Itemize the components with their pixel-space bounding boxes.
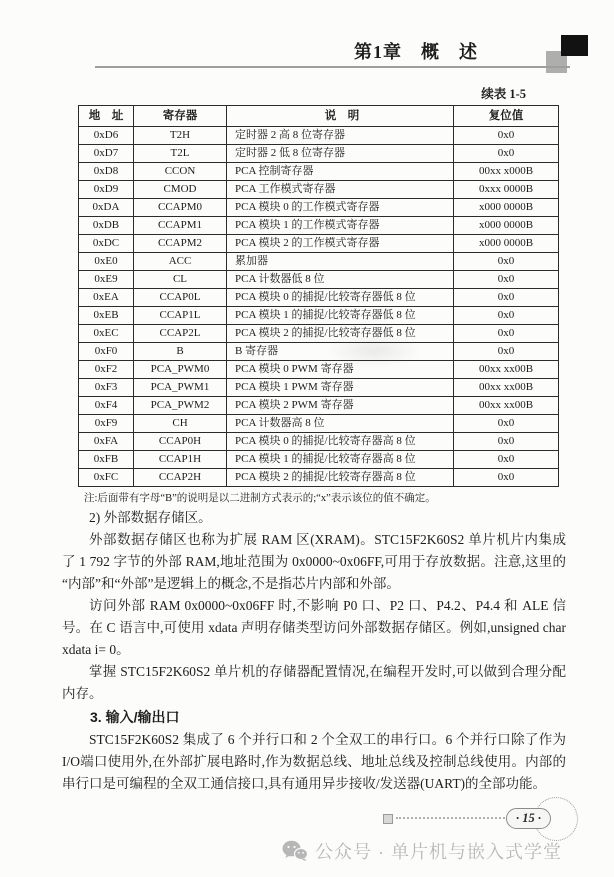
cell-reset-value: 0x0 <box>454 253 559 271</box>
cell-register: CCAPM1 <box>134 217 227 235</box>
cell-description: PCA 控制寄存器 <box>227 163 454 181</box>
cell-reset-value: 0x0 <box>454 145 559 163</box>
cell-address: 0xDB <box>79 217 134 235</box>
cell-register: CCAP1H <box>134 451 227 469</box>
register-table: 地 址 寄存器 说 明 复位值 0xD6T2H定时器 2 高 8 位寄存器0x0… <box>78 105 559 487</box>
cell-address: 0xD8 <box>79 163 134 181</box>
cell-register: ACC <box>134 253 227 271</box>
cell-register: CCAP2L <box>134 325 227 343</box>
cell-description: PCA 模块 2 的捕捉/比较寄存器高 8 位 <box>227 469 454 487</box>
table-row: 0xF4PCA_PWM2PCA 模块 2 PWM 寄存器00xx xx00B <box>79 397 559 415</box>
footer-square-icon <box>383 814 393 824</box>
cell-register: CCAP0H <box>134 433 227 451</box>
cell-description: PCA 模块 1 PWM 寄存器 <box>227 379 454 397</box>
cell-address: 0xF4 <box>79 397 134 415</box>
cell-reset-value: 00xx x000B <box>454 163 559 181</box>
cell-address: 0xEB <box>79 307 134 325</box>
table-row: 0xFACCAP0HPCA 模块 0 的捕捉/比较寄存器高 8 位0x0 <box>79 433 559 451</box>
cell-register: CH <box>134 415 227 433</box>
cell-register: CCAPM2 <box>134 235 227 253</box>
cell-address: 0xF2 <box>79 361 134 379</box>
table-row: 0xE0ACC累加器0x0 <box>79 253 559 271</box>
cell-address: 0xEC <box>79 325 134 343</box>
cell-address: 0xDC <box>79 235 134 253</box>
table-row: 0xF0BB 寄存器0x0 <box>79 343 559 361</box>
cell-reset-value: 00xx xx00B <box>454 379 559 397</box>
cell-reset-value: 0x0 <box>454 325 559 343</box>
header-rule <box>95 66 570 68</box>
cell-description: PCA 模块 2 的捕捉/比较寄存器低 8 位 <box>227 325 454 343</box>
cell-address: 0xEA <box>79 289 134 307</box>
cell-address: 0xFA <box>79 433 134 451</box>
cell-register: CCAP1L <box>134 307 227 325</box>
table-row: 0xEACCAP0LPCA 模块 0 的捕捉/比较寄存器低 8 位0x0 <box>79 289 559 307</box>
table-row: 0xF2PCA_PWM0PCA 模块 0 PWM 寄存器00xx xx00B <box>79 361 559 379</box>
cell-reset-value: 0x0 <box>454 307 559 325</box>
cell-address: 0xD6 <box>79 127 134 145</box>
cell-reset-value: x000 0000B <box>454 217 559 235</box>
table-row: 0xFBCCAP1HPCA 模块 1 的捕捉/比较寄存器高 8 位0x0 <box>79 451 559 469</box>
cell-register: B <box>134 343 227 361</box>
cell-description: B 寄存器 <box>227 343 454 361</box>
cell-description: PCA 模块 0 的捕捉/比较寄存器低 8 位 <box>227 289 454 307</box>
cell-register: CCON <box>134 163 227 181</box>
table-caption: 续表 1-5 <box>481 84 526 102</box>
cell-register: CCAP2H <box>134 469 227 487</box>
cell-reset-value: 0x0 <box>454 433 559 451</box>
page-number: · 15 · <box>506 808 551 829</box>
paragraph-xram-3: 掌握 STC15F2K60S2 单片机的存储器配置情况,在编程开发时,可以做到合… <box>62 661 566 705</box>
cell-address: 0xE0 <box>79 253 134 271</box>
table-row: 0xE9CLPCA 计数器低 8 位0x0 <box>79 271 559 289</box>
cell-description: PCA 模块 0 PWM 寄存器 <box>227 361 454 379</box>
cell-description: PCA 工作模式寄存器 <box>227 181 454 199</box>
cell-address: 0xF0 <box>79 343 134 361</box>
table-footnote: 注:后面带有字母“B”的说明是以二进制方式表示的;“x”表示该位的值不确定。 <box>84 490 574 505</box>
book-page: 第1章 概 述 续表 1-5 地 址 寄存器 说 明 复位值 0xD6T2H定时… <box>0 0 614 877</box>
table-row: 0xFCCCAP2HPCA 模块 2 的捕捉/比较寄存器高 8 位0x0 <box>79 469 559 487</box>
cell-reset-value: 0x0 <box>454 451 559 469</box>
table-row: 0xECCCAP2LPCA 模块 2 的捕捉/比较寄存器低 8 位0x0 <box>79 325 559 343</box>
cell-description: PCA 模块 1 的捕捉/比较寄存器低 8 位 <box>227 307 454 325</box>
cell-register: T2L <box>134 145 227 163</box>
cell-reset-value: 00xx xx00B <box>454 361 559 379</box>
table-row: 0xDCCCAPM2PCA 模块 2 的工作模式寄存器x000 0000B <box>79 235 559 253</box>
cell-register: T2H <box>134 127 227 145</box>
wechat-icon <box>282 840 308 862</box>
table-row: 0xD8CCONPCA 控制寄存器00xx x000B <box>79 163 559 181</box>
cell-address: 0xF3 <box>79 379 134 397</box>
cell-reset-value: 0x0 <box>454 289 559 307</box>
cell-description: PCA 模块 1 的工作模式寄存器 <box>227 217 454 235</box>
cell-description: PCA 计数器低 8 位 <box>227 271 454 289</box>
column-header-description: 说 明 <box>227 106 454 127</box>
watermark: 公众号 · 单片机与嵌入式学堂 <box>282 838 562 864</box>
cell-register: CMOD <box>134 181 227 199</box>
cell-address: 0xD7 <box>79 145 134 163</box>
cell-description: 定时器 2 高 8 位寄存器 <box>227 127 454 145</box>
cell-reset-value: 0x0 <box>454 271 559 289</box>
watermark-text: 公众号 · 单片机与嵌入式学堂 <box>315 838 562 864</box>
cell-reset-value: x000 0000B <box>454 235 559 253</box>
cell-register: CCAPM0 <box>134 199 227 217</box>
cell-address: 0xDA <box>79 199 134 217</box>
cell-reset-value: 0x0 <box>454 415 559 433</box>
table-row: 0xF9CHPCA 计数器高 8 位0x0 <box>79 415 559 433</box>
table-header-row: 地 址 寄存器 说 明 复位值 <box>79 106 559 127</box>
cell-address: 0xF9 <box>79 415 134 433</box>
section-heading-io: 3. 输入/输出口 <box>62 705 566 729</box>
cell-reset-value: 0x0 <box>454 469 559 487</box>
cell-register: CCAP0L <box>134 289 227 307</box>
footer-dotted-line <box>396 817 512 819</box>
cell-address: 0xD9 <box>79 181 134 199</box>
register-table-head: 地 址 寄存器 说 明 复位值 <box>79 106 559 127</box>
chapter-title: 第1章 概 述 <box>0 38 478 64</box>
chapter-corner-icon <box>546 35 588 75</box>
paragraph-xram-1: 外部数据存储区也称为扩展 RAM 区(XRAM)。STC15F2K60S2 单片… <box>62 529 566 595</box>
cell-address: 0xE9 <box>79 271 134 289</box>
cell-description: 累加器 <box>227 253 454 271</box>
cell-reset-value: 0x0 <box>454 127 559 145</box>
table-row: 0xF3PCA_PWM1PCA 模块 1 PWM 寄存器00xx xx00B <box>79 379 559 397</box>
cell-address: 0xFC <box>79 469 134 487</box>
cell-description: PCA 模块 2 的工作模式寄存器 <box>227 235 454 253</box>
body-text: 2) 外部数据存储区。 外部数据存储区也称为扩展 RAM 区(XRAM)。STC… <box>62 507 566 795</box>
paragraph-xram-2: 访问外部 RAM 0x0000~0x06FF 时,不影响 P0 口、P2 口、P… <box>62 595 566 661</box>
table-row: 0xEBCCAP1LPCA 模块 1 的捕捉/比较寄存器低 8 位0x0 <box>79 307 559 325</box>
table-row: 0xD7T2L定时器 2 低 8 位寄存器0x0 <box>79 145 559 163</box>
cell-register: PCA_PWM1 <box>134 379 227 397</box>
cell-register: CL <box>134 271 227 289</box>
column-header-register: 寄存器 <box>134 106 227 127</box>
table-row: 0xDBCCAPM1PCA 模块 1 的工作模式寄存器x000 0000B <box>79 217 559 235</box>
cell-register: PCA_PWM2 <box>134 397 227 415</box>
cell-register: PCA_PWM0 <box>134 361 227 379</box>
cell-reset-value: 0x0 <box>454 343 559 361</box>
column-header-address: 地 址 <box>79 106 134 127</box>
cell-description: PCA 模块 0 的工作模式寄存器 <box>227 199 454 217</box>
cell-description: PCA 模块 1 的捕捉/比较寄存器高 8 位 <box>227 451 454 469</box>
cell-reset-value: 00xx xx00B <box>454 397 559 415</box>
cell-description: PCA 计数器高 8 位 <box>227 415 454 433</box>
table-row: 0xDACCAPM0PCA 模块 0 的工作模式寄存器x000 0000B <box>79 199 559 217</box>
table-row: 0xD6T2H定时器 2 高 8 位寄存器0x0 <box>79 127 559 145</box>
cell-description: PCA 模块 0 的捕捉/比较寄存器高 8 位 <box>227 433 454 451</box>
cell-description: PCA 模块 2 PWM 寄存器 <box>227 397 454 415</box>
paragraph-io: STC15F2K60S2 集成了 6 个并行口和 2 个全双工的串行口。6 个并… <box>62 729 566 795</box>
corner-black-square-icon <box>561 35 588 56</box>
list-item-external-data-area: 2) 外部数据存储区。 <box>62 507 566 529</box>
cell-description: 定时器 2 低 8 位寄存器 <box>227 145 454 163</box>
register-table-body: 0xD6T2H定时器 2 高 8 位寄存器0x00xD7T2L定时器 2 低 8… <box>79 127 559 487</box>
cell-address: 0xFB <box>79 451 134 469</box>
table-row: 0xD9CMODPCA 工作模式寄存器0xxx 0000B <box>79 181 559 199</box>
cell-reset-value: 0xxx 0000B <box>454 181 559 199</box>
column-header-reset-value: 复位值 <box>454 106 559 127</box>
cell-reset-value: x000 0000B <box>454 199 559 217</box>
